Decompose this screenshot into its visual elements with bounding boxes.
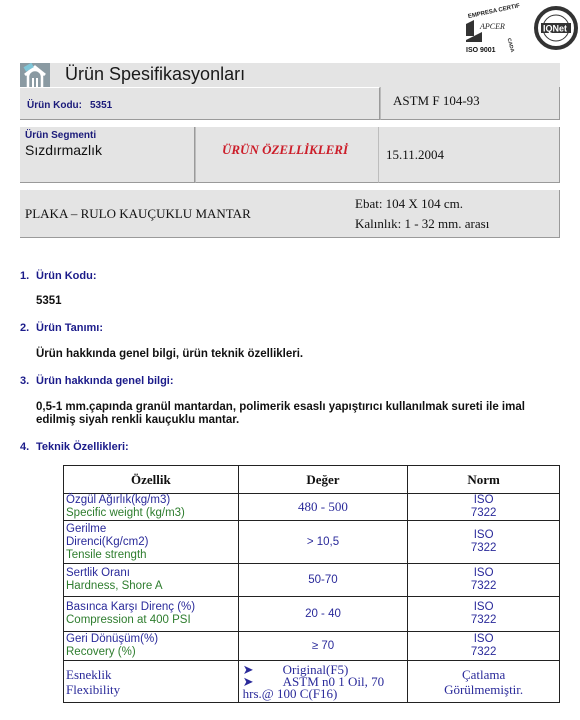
- property-cell: Özgül Ağırlık(kg/m3)Specific weight (kg/…: [64, 494, 239, 521]
- norm-cell: ISO7322: [408, 494, 560, 521]
- column-header-value: Değer: [238, 466, 408, 494]
- product-code-label: Ürün Kodu:: [27, 100, 82, 111]
- technical-specs-table: Özellik Değer Norm Özgül Ağırlık(kg/m3)S…: [63, 465, 560, 703]
- date-box: 15.11.2004: [378, 127, 560, 183]
- segment-label: Ürün Segmenti: [25, 130, 96, 141]
- section-1-heading: 1.Ürün Kodu:: [20, 270, 96, 282]
- property-cell: Gerilme Direnci(Kg/cm2)Tensile strength: [64, 521, 239, 564]
- section-3-heading: 3.Ürün hakkında genel bilgi:: [20, 375, 174, 387]
- thickness-text: Kalınlık: 1 - 32 mm. arası: [355, 216, 489, 232]
- norm-cell: ISO7322: [408, 597, 560, 632]
- property-cell: Sertlik OranıHardness, Shore A: [64, 564, 239, 597]
- product-name: PLAKA – RULO KAUÇUKLU MANTAR: [25, 206, 251, 222]
- section-4-heading: 4.Teknik Özellikleri:: [20, 441, 129, 453]
- value-cell: ➤Original(F5) ➤ASTM n0 1 Oil, 70 hrs.@ 1…: [238, 661, 408, 703]
- svg-text:ISO 9001: ISO 9001: [466, 47, 496, 54]
- product-name-box: PLAKA – RULO KAUÇUKLU MANTAR Ebat: 104 X…: [20, 190, 560, 238]
- norm-cell: ISO7322: [408, 521, 560, 564]
- table-header-row: Özellik Değer Norm: [64, 466, 560, 494]
- section-title: ÜRÜN ÖZELLİKLERİ: [222, 142, 348, 158]
- section-title-box: ÜRÜN ÖZELLİKLERİ: [195, 127, 380, 183]
- size-text: Ebat: 104 X 104 cm.: [355, 196, 463, 212]
- table-row: Gerilme Direnci(Kg/cm2)Tensile strength …: [64, 521, 560, 564]
- value-cell: 20 - 40: [238, 597, 408, 632]
- segment-value: Sızdırmazlık: [25, 142, 102, 158]
- property-cell: Geri Dönüşüm(%)Recovery (%): [64, 632, 239, 661]
- norm-cell: ISO7322: [408, 564, 560, 597]
- svg-text:IQNet: IQNet: [543, 24, 567, 34]
- svg-text:EMPRESA CERTIF: EMPRESA CERTIF: [468, 3, 521, 20]
- value-cell: 50-70: [238, 564, 408, 597]
- svg-text:CADA: CADA: [506, 38, 516, 54]
- column-header-property: Özellik: [64, 466, 239, 494]
- building-icon: [20, 63, 50, 87]
- table-row: Özgül Ağırlık(kg/m3)Specific weight (kg/…: [64, 494, 560, 521]
- standard-text: ASTM F 104-93: [393, 93, 480, 109]
- certification-logos: EMPRESA CERTIF APCER ISO 9001 CADA IQNet: [458, 2, 578, 58]
- segment-box: Ürün Segmenti Sızdırmazlık: [20, 127, 195, 183]
- table-row: Basınca Karşı Direnç (%)Compression at 4…: [64, 597, 560, 632]
- section-2-heading: 2.Ürün Tanımı:: [20, 322, 103, 334]
- table-row: Geri Dönüşüm(%)Recovery (%) ≥ 70 ISO7322: [64, 632, 560, 661]
- page-title: Ürün Spesifikasyonları: [65, 64, 245, 85]
- norm-cell: ISO7322: [408, 632, 560, 661]
- product-code-box: Ürün Kodu: 5351: [20, 87, 380, 120]
- property-cell: EsneklikFlexibility: [64, 661, 239, 703]
- apcer-iqnet-logo-icon: EMPRESA CERTIF APCER ISO 9001 CADA IQNet: [458, 2, 578, 58]
- table-row: EsneklikFlexibility ➤Original(F5) ➤ASTM …: [64, 661, 560, 703]
- value-cell: > 10,5: [238, 521, 408, 564]
- section-1-body: 5351: [36, 295, 62, 307]
- norm-cell: ÇatlamaGörülmemiştir.: [408, 661, 560, 703]
- value-cell: 480 - 500: [238, 494, 408, 521]
- section-2-body: Ürün hakkında genel bilgi, ürün teknik ö…: [36, 348, 303, 360]
- property-cell: Basınca Karşı Direnç (%)Compression at 4…: [64, 597, 239, 632]
- standard-box: ASTM F 104-93: [380, 87, 560, 120]
- title-bar: Ürün Spesifikasyonları: [20, 63, 560, 87]
- product-code-value: 5351: [90, 100, 112, 111]
- table-row: Sertlik OranıHardness, Shore A 50-70 ISO…: [64, 564, 560, 597]
- column-header-norm: Norm: [408, 466, 560, 494]
- value-cell: ≥ 70: [238, 632, 408, 661]
- section-3-body: 0,5-1 mm.çapında granül mantardan, polim…: [36, 401, 536, 427]
- date-text: 15.11.2004: [386, 147, 444, 163]
- svg-text:APCER: APCER: [479, 22, 505, 31]
